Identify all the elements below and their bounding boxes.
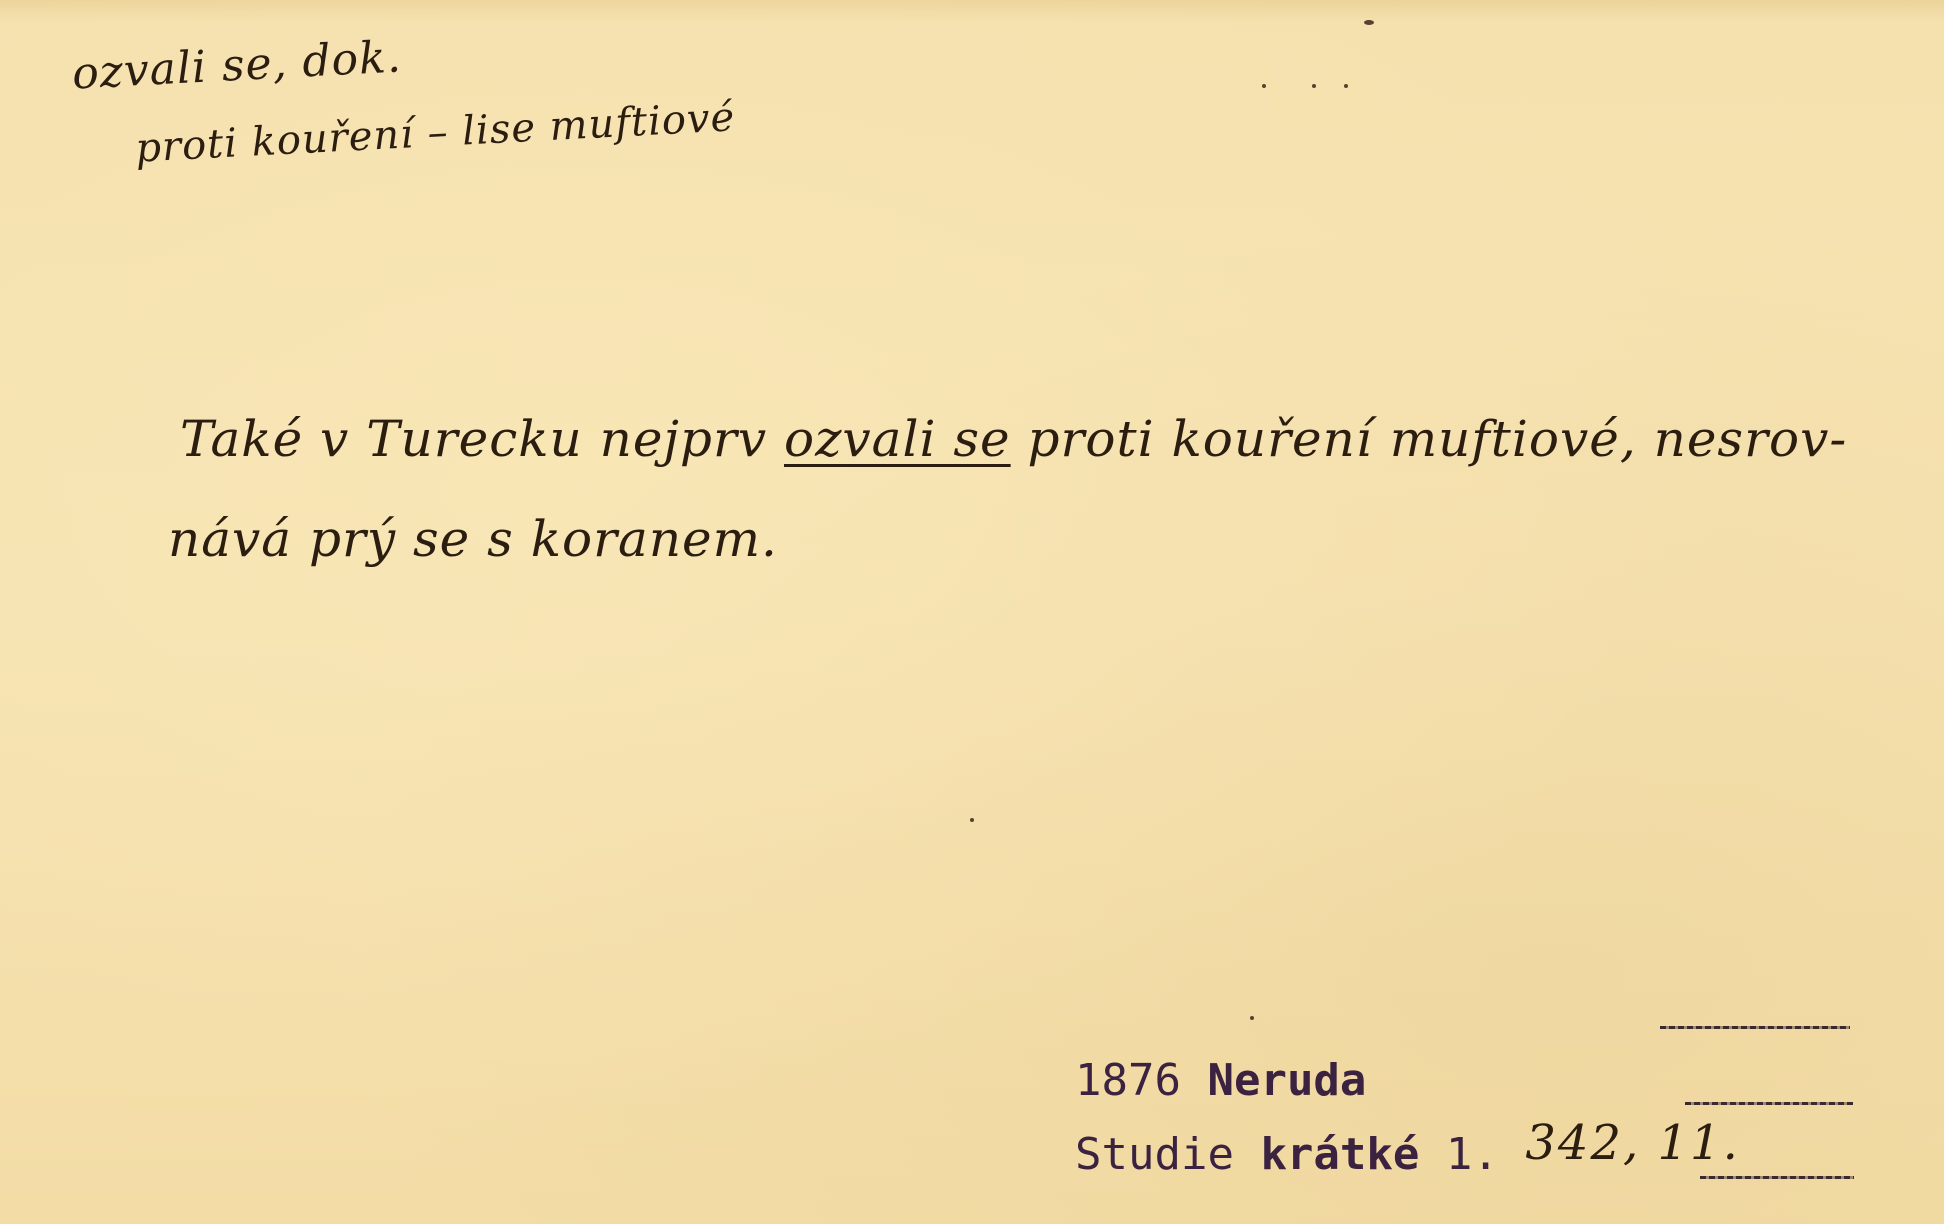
headword-underlined: ozvali se <box>784 410 1011 468</box>
body-line1-post: proti kouření muftiové, nesrov- <box>1011 410 1848 468</box>
source-year: 1876 <box>1075 1055 1181 1106</box>
header-note-line1: ozvali se, dok. <box>71 31 403 99</box>
ink-speck <box>1250 1016 1254 1020</box>
header-note-line2: proti kouření – lise muftiové <box>134 94 736 171</box>
source-author: Neruda <box>1207 1055 1366 1106</box>
ink-speck <box>1344 84 1348 88</box>
body-line1: Také v Turecku nejprv ozvali se proti ko… <box>180 410 1847 468</box>
body-line2: nává prý se s koranem. <box>168 510 778 568</box>
body-line1-pre: Také v Turecku nejprv <box>180 410 784 468</box>
stamp-rule-middle <box>1685 1102 1853 1105</box>
ink-speck <box>1262 84 1266 88</box>
stamp-rule-top <box>1660 1026 1850 1029</box>
index-card: ozvali se, dok. proti kouření – lise muf… <box>0 0 1944 1224</box>
source-stamp-line2: Studie krátké 1. 342, 11. <box>1075 1125 1740 1181</box>
source-stamp-line1: 1876 Neruda <box>1075 1055 1366 1106</box>
source-work-a: Studie <box>1075 1129 1260 1180</box>
ink-speck <box>1364 20 1374 25</box>
source-work-c: 1. <box>1419 1129 1498 1180</box>
ink-speck <box>1312 84 1316 88</box>
ink-speck <box>970 818 974 822</box>
source-work-b: krátké <box>1260 1129 1419 1180</box>
source-page-ref: 342, 11. <box>1525 1115 1739 1171</box>
